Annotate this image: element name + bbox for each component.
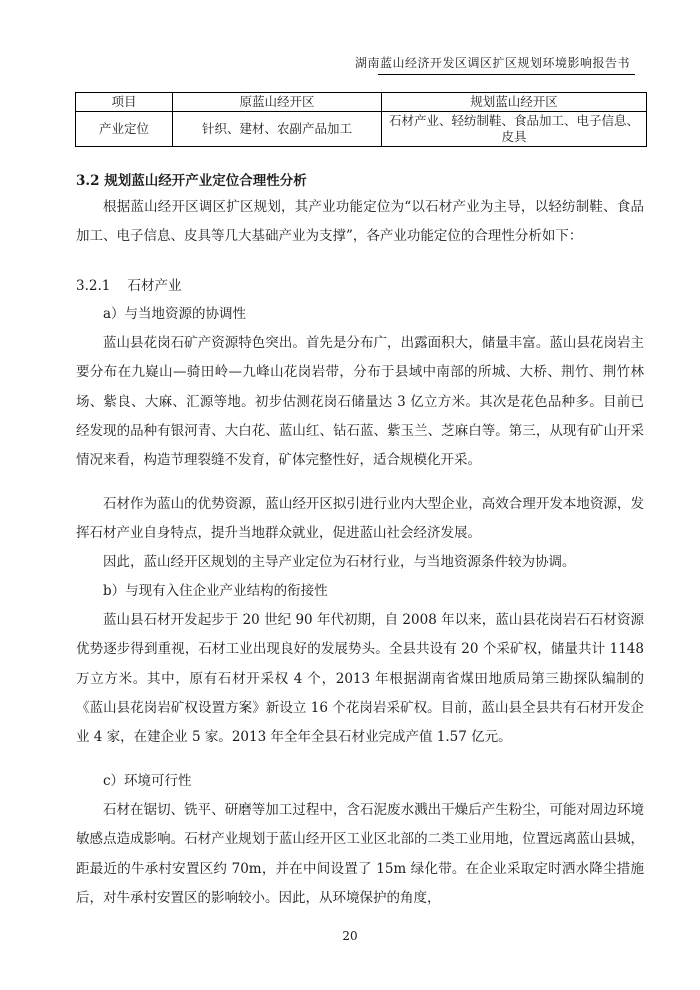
paragraph-b1: 蓝山县石材开发起步于 20 世纪 90 年代初期，自 2008 年以来，蓝山县花… (76, 606, 644, 752)
intro-paragraph: 根据蓝山经开区调区扩区规划，其产业功能定位为“以石材产业为主导，以轻纺制鞋、食品… (76, 193, 644, 252)
table-header-cell: 规划蓝山经开区 (382, 93, 647, 112)
table-cell: 针织、建材、农副产品加工 (173, 112, 382, 147)
section-number: 3.2.1 (76, 278, 110, 294)
section-heading-3-2-1: 3.2.1 石材产业 (76, 278, 182, 294)
table-header-cell: 项目 (76, 93, 173, 112)
section-title: 石材产业 (128, 278, 182, 294)
subheading-c: c）环境可行性 (76, 767, 644, 796)
industry-comparison-table: 项目 原蓝山经开区 规划蓝山经开区 产业定位 针织、建材、农副产品加工 石材产业… (75, 92, 647, 147)
table-header-cell: 原蓝山经开区 (173, 93, 382, 112)
page-number: 20 (0, 929, 700, 943)
table-cell: 产业定位 (76, 112, 173, 147)
paragraph-a1: 蓝山县花岗石矿产资源特色突出。首先是分布广，出露面积大，储量丰富。蓝山县花岗岩主… (76, 329, 644, 475)
table-cell: 石材产业、轻纺制鞋、食品加工、电子信息、皮具 (382, 112, 647, 147)
section-heading-3-2: 3.2 规划蓝山经开产业定位合理性分析 (76, 173, 307, 189)
report-title: 湖南蓝山经济开发区调区扩区规划环境影响报告书 (355, 54, 630, 71)
subheading-a: a）与当地资源的协调性 (76, 300, 644, 329)
subheading-b: b）与现有入住企业产业结构的衔接性 (76, 577, 644, 606)
paragraph-c1: 石材在锯切、铣平、研磨等加工过程中，含石泥废水溅出干燥后产生粉尘，可能对周边环境… (76, 796, 644, 913)
table-header-row: 项目 原蓝山经开区 规划蓝山经开区 (76, 93, 647, 112)
paragraph-a2: 石材作为蓝山的优势资源，蓝山经开区拟引进行业内大型企业，高效合理开发本地资源，发… (76, 490, 644, 549)
header-rule (378, 74, 635, 75)
section-number: 3.2 (76, 173, 100, 189)
table-row: 产业定位 针织、建材、农副产品加工 石材产业、轻纺制鞋、食品加工、电子信息、皮具 (76, 112, 647, 147)
section-title: 规划蓝山经开产业定位合理性分析 (104, 173, 307, 189)
paragraph-a3: 因此，蓝山经开区规划的主导产业定位为石材行业，与当地资源条件较为协调。 (76, 548, 644, 577)
